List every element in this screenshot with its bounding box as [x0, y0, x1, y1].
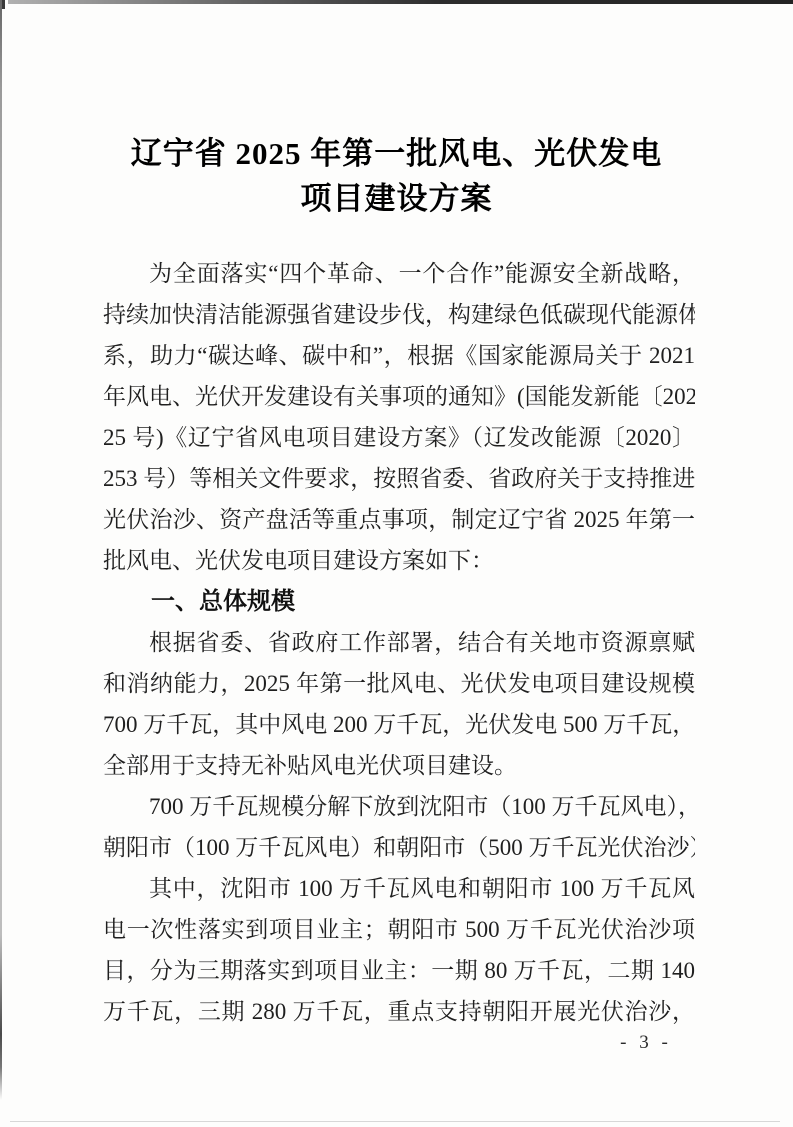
paragraph-line: 全部用于支持无补贴风电光伏项目建设。 [103, 745, 695, 786]
document-title-line-2: 项目建设方案 [0, 176, 793, 221]
document-title: 辽宁省 2025 年第一批风电、光伏发电 项目建设方案 [0, 131, 793, 221]
scan-edge-top [8, 0, 793, 4]
page-number: - 3 - [596, 1032, 696, 1054]
scanned-document-page: 辽宁省 2025 年第一批风电、光伏发电 项目建设方案 为全面落实“四个革命、一… [0, 0, 793, 1127]
document-body: 为全面落实“四个革命、一个合作”能源安全新战略，持续加快清洁能源强省建设步伐，构… [103, 253, 695, 1032]
paragraph-line: 根据省委、省政府工作部署，结合有关地市资源禀赋 [103, 622, 695, 663]
paragraph-line: 年风电、光伏开发建设有关事项的通知》(国能发新能〔2021〕 [103, 376, 695, 417]
section-heading: 一、总体规模 [103, 581, 695, 622]
paragraph-line: 电一次性落实到项目业主；朝阳市 500 万千瓦光伏治沙项 [103, 909, 695, 950]
scan-edge-bottom [10, 1121, 780, 1122]
paragraph-line: 其中，沈阳市 100 万千瓦风电和朝阳市 100 万千瓦风 [103, 868, 695, 909]
paragraph-line: 目，分为三期落实到项目业主：一期 80 万千瓦，二期 140 [103, 950, 695, 991]
paragraph-line: 和消纳能力，2025 年第一批风电、光伏发电项目建设规模 [103, 663, 695, 704]
paragraph-line: 253 号）等相关文件要求，按照省委、省政府关于支持推进 [103, 458, 695, 499]
paragraph-line: 万千瓦，三期 280 万千瓦，重点支持朝阳开展光伏治沙， [103, 991, 695, 1032]
paragraph-line: 为全面落实“四个革命、一个合作”能源安全新战略， [103, 253, 695, 294]
paragraph-line: 持续加快清洁能源强省建设步伐，构建绿色低碳现代能源体 [103, 294, 695, 335]
paragraph-line: 光伏治沙、资产盘活等重点事项，制定辽宁省 2025 年第一 [103, 499, 695, 540]
document-title-line-1: 辽宁省 2025 年第一批风电、光伏发电 [0, 131, 793, 176]
paragraph-line: 700 万千瓦规模分解下放到沈阳市（100 万千瓦风电）， [103, 786, 695, 827]
paragraph-line: 系，助力“碳达峰、碳中和”，根据《国家能源局关于 2021 [103, 335, 695, 376]
paragraph-line: 批风电、光伏发电项目建设方案如下： [103, 540, 695, 581]
paragraph-line: 25 号)《辽宁省风电项目建设方案》（辽发改能源〔2020〕 [103, 417, 695, 458]
paragraph-line: 朝阳市（100 万千瓦风电）和朝阳市（500 万千瓦光伏治沙）。 [103, 827, 695, 868]
paragraph-line: 700 万千瓦，其中风电 200 万千瓦，光伏发电 500 万千瓦， [103, 704, 695, 745]
